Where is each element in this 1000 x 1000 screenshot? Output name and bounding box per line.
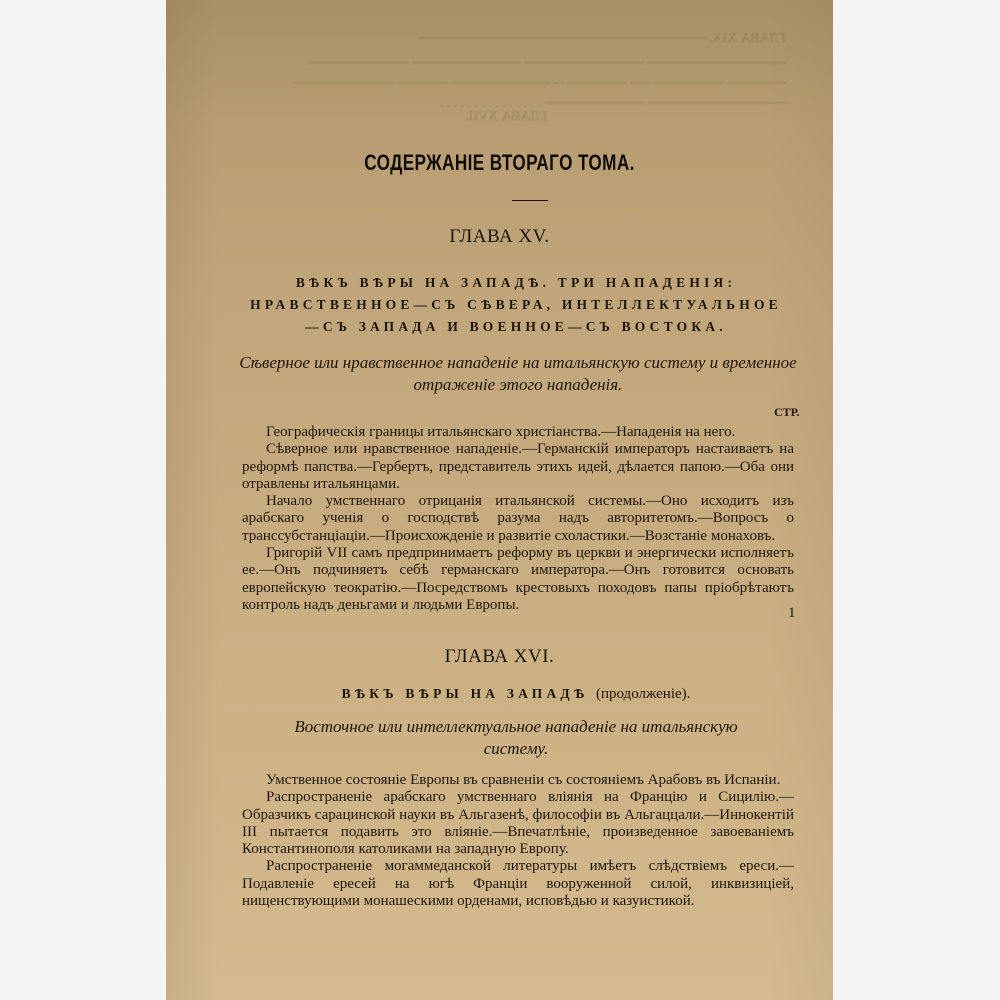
title-divider bbox=[512, 200, 548, 201]
page-content: СОДЕРЖАНІЕ ВТОРАГО ТОМА. ГЛАВА XV. ВѢКЪ … bbox=[166, 0, 833, 1000]
summary-paragraph: Распространеніе могаммеданской литератур… bbox=[242, 858, 794, 910]
chapter-subtitle: Сѣверное или нравственное нападеніе на и… bbox=[238, 352, 798, 396]
page-column-label: СТР. bbox=[774, 405, 800, 420]
summary-paragraph: Григорій VII самъ предпринимаетъ реформу… bbox=[242, 545, 794, 614]
book-page: ГЛАВА XIX. ─────────────────────────────… bbox=[166, 0, 833, 1000]
page-number: 1 bbox=[788, 605, 796, 622]
summary-paragraph: Географическія границы итальянскаго хрис… bbox=[242, 424, 794, 441]
chapter-theme: ВѢКЪ ВѢРЫ НА ЗАПАДѢ (продолженіе). bbox=[246, 683, 786, 705]
chapter-heading: ГЛАВА XV. bbox=[166, 226, 833, 248]
chapter-theme: ВѢКЪ ВѢРЫ НА ЗАПАДѢ. ТРИ НАПАДЕНІЯ: НРАВ… bbox=[246, 272, 786, 338]
chapter-summary: Умственное состояніе Европы въ сравненіи… bbox=[242, 772, 794, 910]
chapter-heading: ГЛАВА XVI. bbox=[166, 646, 833, 668]
summary-paragraph: Сѣверное или нравственное нападеніе.—Гер… bbox=[242, 441, 794, 493]
summary-paragraph: Умственное состояніе Европы въ сравненіи… bbox=[242, 772, 794, 789]
summary-paragraph: Распространеніе арабскаго умственнаго вл… bbox=[242, 789, 794, 858]
chapter-subtitle: Восточное или интеллектуальное нападеніе… bbox=[266, 716, 766, 760]
chapter-summary: Географическія границы итальянскаго хрис… bbox=[242, 424, 794, 614]
page-title: СОДЕРЖАНІЕ ВТОРАГО ТОМА. bbox=[239, 150, 759, 176]
chapter-theme-suffix: (продолженіе). bbox=[596, 686, 690, 702]
summary-paragraph: Начало умственнаго отрицанія итальянской… bbox=[242, 493, 794, 545]
chapter-theme-text: ВѢКЪ ВѢРЫ НА ЗАПАДѢ bbox=[342, 686, 589, 701]
